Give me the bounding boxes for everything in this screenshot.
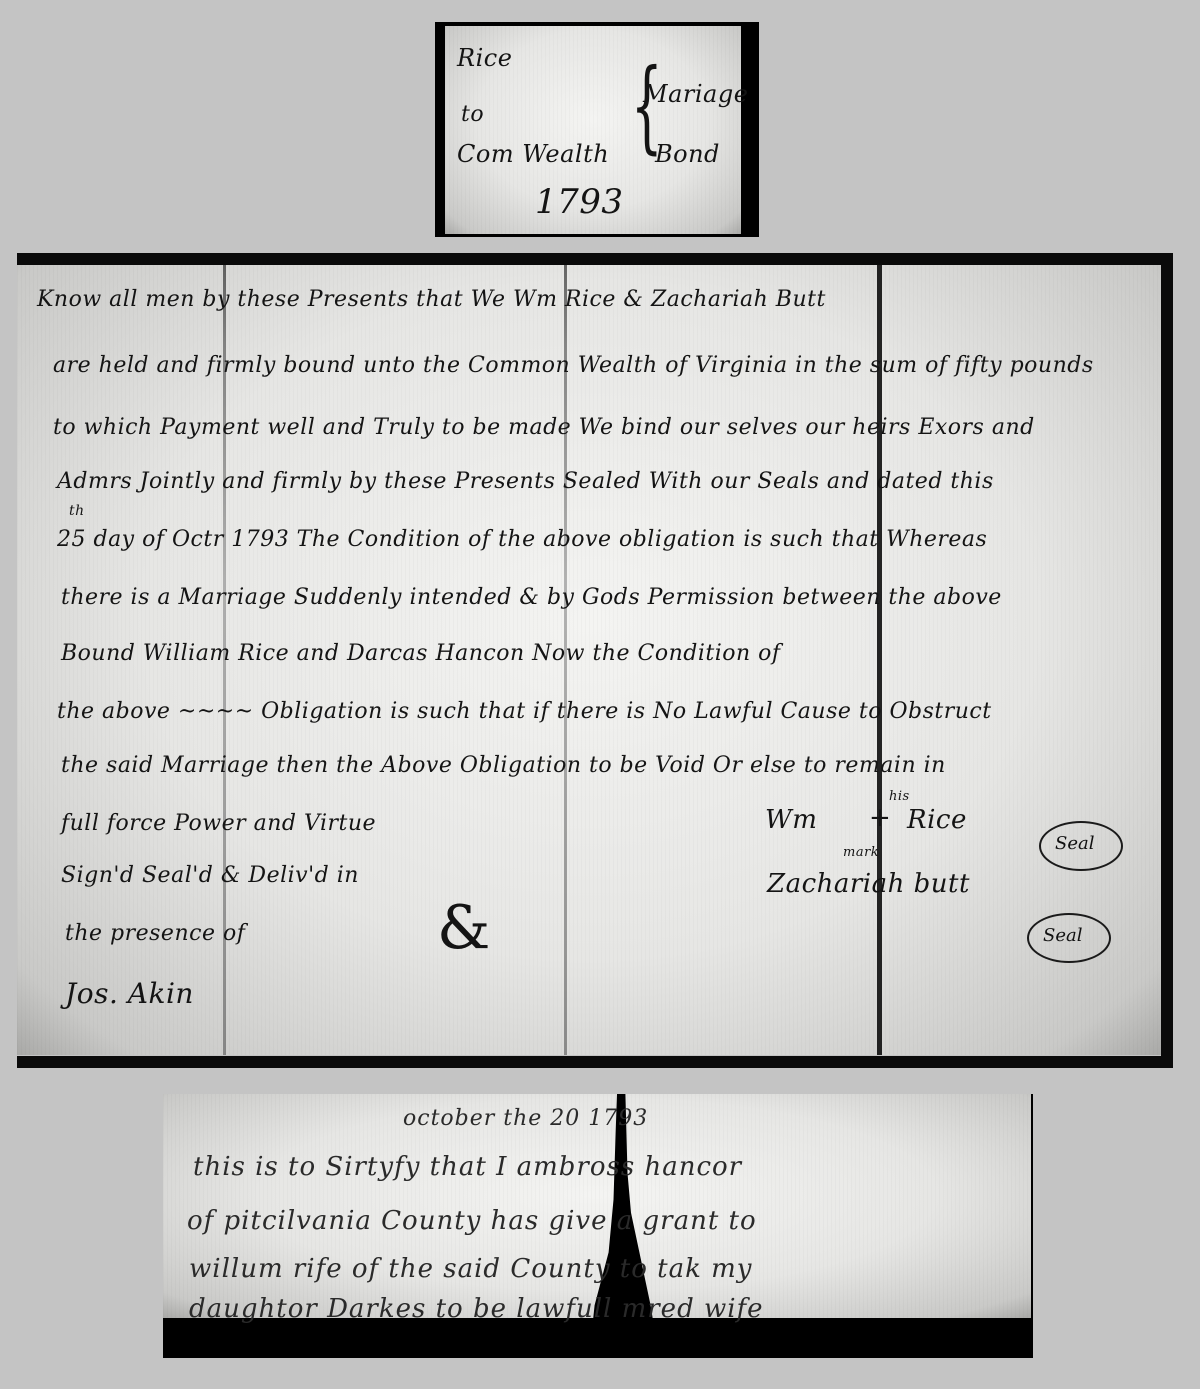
bond-line-9: the said Marriage then the Above Obligat… — [61, 753, 946, 778]
bond-line-7: Bound William Rice and Darcas Hancon Now… — [61, 641, 781, 666]
certificate-line-4: daughtor Darkes to be lawfull mred wife — [189, 1294, 764, 1324]
bond-line-6: there is a Marriage Suddenly intended & … — [61, 585, 1002, 610]
signature-mark: mark — [843, 845, 879, 860]
bond-line-2: are held and firmly bound unto the Commo… — [53, 353, 1094, 378]
bond-line-4: Admrs Jointly and firmly by these Presen… — [57, 469, 994, 494]
certificate-date: october the 20 1793 — [403, 1106, 648, 1131]
seal-label: Seal — [1043, 925, 1082, 946]
bond-bottom-edge — [17, 1056, 1173, 1068]
witness-presence-of: the presence of — [65, 921, 245, 946]
signature-mark-symbol: + — [869, 803, 891, 833]
cover-year: 1793 — [535, 182, 624, 222]
bond-right-edge — [1161, 253, 1173, 1068]
certificate-line-1: this is to Sirtyfy that I ambross hancor — [193, 1152, 742, 1182]
signature-zachariah-butt: Zachariah butt — [767, 869, 970, 899]
marriage-bond-panel: Know all men by these Presents that We W… — [17, 253, 1173, 1068]
signature-rice: Rice — [907, 805, 967, 835]
certificate-line-2: of pitcilvania County has give a grant t… — [187, 1206, 757, 1236]
bond-line-3: to which Payment well and Truly to be ma… — [53, 415, 1035, 440]
consent-certificate-panel: october the 20 1793 this is to Sirtyfy t… — [163, 1094, 1033, 1358]
witness-flourish: & — [437, 893, 490, 963]
fold-tear — [877, 265, 882, 1055]
seal-wax-wm-rice: Seal — [1039, 821, 1123, 871]
seal-label: Seal — [1055, 833, 1094, 854]
cover-commonwealth: Com Wealth — [457, 140, 609, 168]
cover-word-to: to — [461, 102, 484, 127]
bond-line-8: the above ~~~~ Obligation is such that i… — [57, 699, 992, 724]
witness-signed-sealed: Sign'd Seal'd & Deliv'd in — [61, 863, 359, 888]
bond-line-10: full force Power and Virtue — [61, 811, 376, 836]
witness-name: Jos. Akin — [65, 977, 194, 1010]
date-superscript: th — [69, 503, 85, 519]
cover-label-panel: Rice to Com Wealth { Mariage Bond 1793 — [435, 22, 759, 237]
bond-line-1: Know all men by these Presents that We W… — [37, 287, 826, 312]
signature-his: his — [889, 789, 910, 804]
cover-bond: Bond — [655, 140, 720, 168]
seal-wax-zachariah-butt: Seal — [1027, 913, 1111, 963]
cover-marriage: Mariage — [643, 80, 748, 108]
certificate-line-3: willum rife of the said County to tak my — [189, 1254, 752, 1284]
bond-line-5: 25 day of Octr 1793 The Condition of the… — [57, 527, 987, 552]
signature-wm: Wm — [765, 805, 817, 835]
cover-name-rice: Rice — [457, 44, 512, 72]
